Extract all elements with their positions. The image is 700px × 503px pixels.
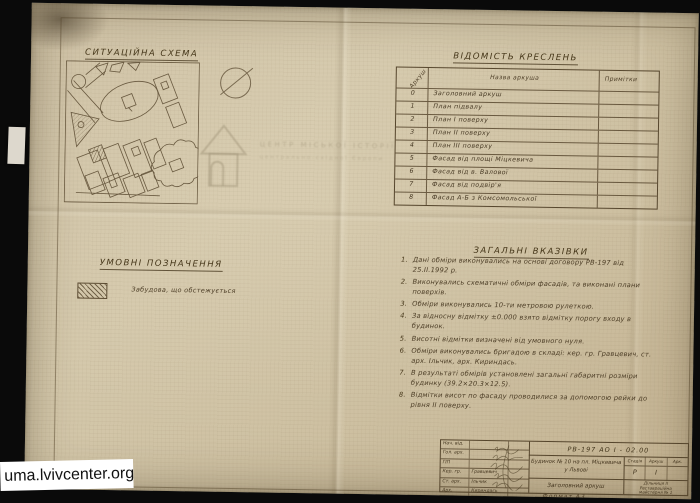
legend-title: УМОВНІ ПОЗНАЧЕННЯ: [100, 258, 223, 272]
sheet-value: І: [646, 466, 668, 480]
col-header-name: Назва аркуша: [428, 68, 599, 91]
note-item: 7.В результаті обмірів установлені загал…: [393, 368, 653, 392]
drawings-table: Аркуш Назва аркуша Примітки 0 Заголовний…: [394, 67, 660, 210]
project-name: Будинок № 10 на пл. Міцкевича у Львові: [528, 456, 624, 481]
sheets-value: [667, 467, 688, 481]
watermark-url: uma.lvivcenter.org: [0, 459, 134, 491]
sheet-label: Аркуш: [646, 457, 667, 465]
title-block-signatures: Нач. від. Гол. арх. ГІП Кер. гр. Гравцев…: [440, 440, 530, 492]
scanned-sheet-photo: СИТУАЦІЙНА СХЕМА: [0, 0, 700, 503]
general-notes: 1.Дані обміри виконувались на основі дог…: [392, 256, 654, 417]
drawings-list-title: ВІДОМІСТЬ КРЕСЛЕНЬ: [423, 43, 608, 66]
legend-label: Забудова, що обстежується: [131, 285, 236, 295]
table-header-row: Аркуш Назва аркуша Примітки: [397, 68, 659, 92]
note-item: 2.Виконувались схематичні обміри фасадів…: [394, 278, 654, 302]
note-item: 6.Обміри виконувались бригадою в складі:…: [393, 346, 653, 370]
signatures-overlay: [464, 443, 527, 491]
stage-value: Р: [624, 466, 646, 480]
site-plan-sketch: [64, 60, 200, 204]
notes-title: ЗАГАЛЬНІ ВКАЗІВКИ: [456, 237, 606, 258]
surveyed-building-swatch: [77, 283, 107, 299]
col-header-note: Примітки: [599, 71, 663, 92]
scheme-title: СИТУАЦІЙНА СХЕМА: [85, 48, 198, 62]
stage-sheet-cells: Стадія Аркуш Арк. Р І: [624, 457, 687, 481]
note-item: 4.За відносну відмітку ±0.000 взято відм…: [394, 312, 654, 336]
note-item: 5.Висотні відмітки визначені від умовног…: [394, 334, 654, 348]
edge-sticker: [7, 127, 25, 165]
north-arrow-icon: [216, 64, 257, 105]
organization: Дільниця ІІ Реставраційна майстерня № 1: [624, 480, 687, 495]
sheet-name: Заголовний аркуш: [528, 479, 624, 495]
format-label: Формат А3: [514, 492, 614, 499]
title-block: Нач. від. Гол. арх. ГІП Кер. гр. Гравцев…: [439, 439, 689, 496]
note-item: 3.Обміри виконувались 10-ти метровою рул…: [394, 300, 654, 314]
col-header-sheet: Аркуш: [397, 68, 428, 88]
drawing-sheet-paper: СИТУАЦІЙНА СХЕМА: [24, 3, 699, 499]
sheets-label: Арк.: [667, 458, 687, 466]
note-item: 8.Відмітки висот по фасаду проводилися з…: [393, 391, 653, 415]
stage-label: Стадія: [625, 457, 646, 465]
note-item: 1.Дані обміри виконувались на основі дог…: [395, 256, 655, 280]
site-plan-map: [64, 60, 200, 204]
